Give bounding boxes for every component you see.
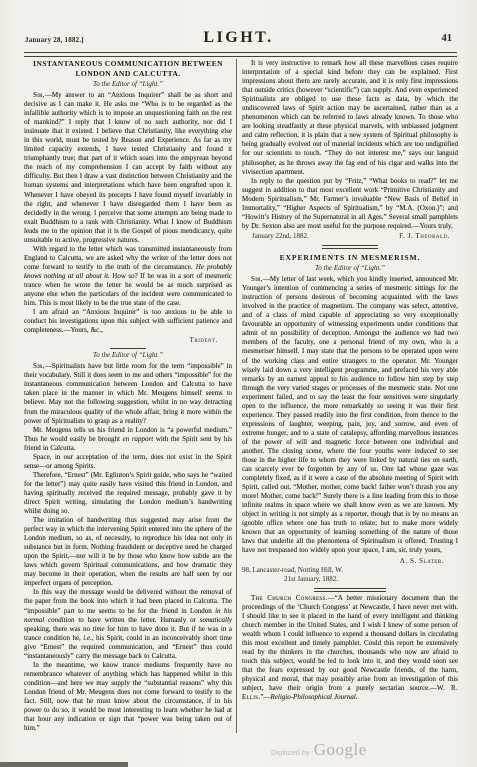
news-note: The Church Congress.—“A better missionar…: [242, 594, 458, 703]
header-rule: [24, 52, 457, 57]
right-column: It is very instructive to remark how all…: [237, 59, 458, 733]
paragraph: The imitation of handwriting thus sugges…: [24, 516, 232, 588]
paragraph: Sir,—Spiritualists have but little room …: [24, 362, 232, 425]
digitized-watermark: Digitized by Google: [271, 740, 367, 760]
paragraph: Sir,—My answer to an “Anxious Inquirer” …: [24, 91, 232, 245]
letter-body: Sir,—My answer to an “Anxious Inquirer” …: [24, 91, 232, 335]
signature-trident: Trident.: [24, 335, 232, 345]
article-continuation: It is very instructive to remark how all…: [242, 59, 458, 231]
paragraph: In this way the message would be deliver…: [24, 588, 232, 660]
to-the-editor-line: To the Editor of “Light.”: [242, 264, 458, 272]
article-heading-mesmerism: EXPERIMENTS IN MESMERISM.: [242, 253, 458, 262]
signature-theobald: F. J. Theobald.: [399, 231, 450, 242]
letter-body: Sir,—Spiritualists have but little room …: [24, 362, 232, 733]
paragraph: In reply to the question put by “Fritz,”…: [242, 177, 458, 231]
scan-edge-artifact: [0, 762, 128, 767]
paragraph: Space, in our acceptation of the term, d…: [24, 453, 232, 471]
signoff-date: January 22nd, 1882.: [252, 231, 309, 242]
signature-date: 21st January, 1882.: [242, 575, 458, 585]
google-logo: Google: [314, 740, 367, 760]
signature-slater: A. S. Slater.: [242, 556, 458, 566]
to-the-editor-line: To the Editor of “Light.”: [24, 351, 232, 359]
article-title-line1: INSTANTANEOUS COMMUNICATION BETWEEN: [24, 59, 232, 69]
paragraph: It is very instructive to remark how all…: [242, 59, 458, 177]
separator-rule: [110, 348, 146, 349]
paragraph: With regard to the letter which was tran…: [24, 245, 232, 308]
left-column: INSTANTANEOUS COMMUNICATION BETWEEN LOND…: [24, 59, 236, 733]
to-the-editor-line: To the Editor of “Light.”: [24, 80, 232, 88]
paragraph: In the meantime, we know trance mediums …: [24, 661, 232, 733]
paragraph: The Church Congress.—“A better missionar…: [242, 594, 458, 703]
separator-rule: [314, 588, 386, 592]
signature-address: 98, Lancaster-road, Notting Hill, W.: [242, 566, 458, 576]
paragraph: Mr. Meugens tells us his friend in Londo…: [24, 426, 232, 453]
letter-body: Sir,—My letter of last week, which you k…: [242, 275, 458, 555]
signoff-row: January 22nd, 1882. F. J. Theobald.: [242, 231, 458, 242]
paragraph: Sir,—My letter of last week, which you k…: [242, 275, 458, 555]
paragraph: I am afraid an “Anxious Inquirer” is too…: [24, 308, 232, 335]
scanned-journal-page: January 28, 1882.] LIGHT. 41 INSTANTANEO…: [0, 0, 477, 767]
page-number: 41: [442, 33, 453, 44]
paragraph: Therefore, “Ernest” (Mr. Eglinton’s Spir…: [24, 471, 232, 516]
separator-rule: [322, 245, 378, 249]
columns-wrapper: INSTANTANEOUS COMMUNICATION BETWEEN LOND…: [24, 59, 458, 733]
article-title-line2: LONDON AND CALCUTTA.: [24, 69, 232, 79]
masthead-title: LIGHT.: [0, 29, 477, 47]
watermark-prefix: Digitized by: [271, 748, 310, 757]
